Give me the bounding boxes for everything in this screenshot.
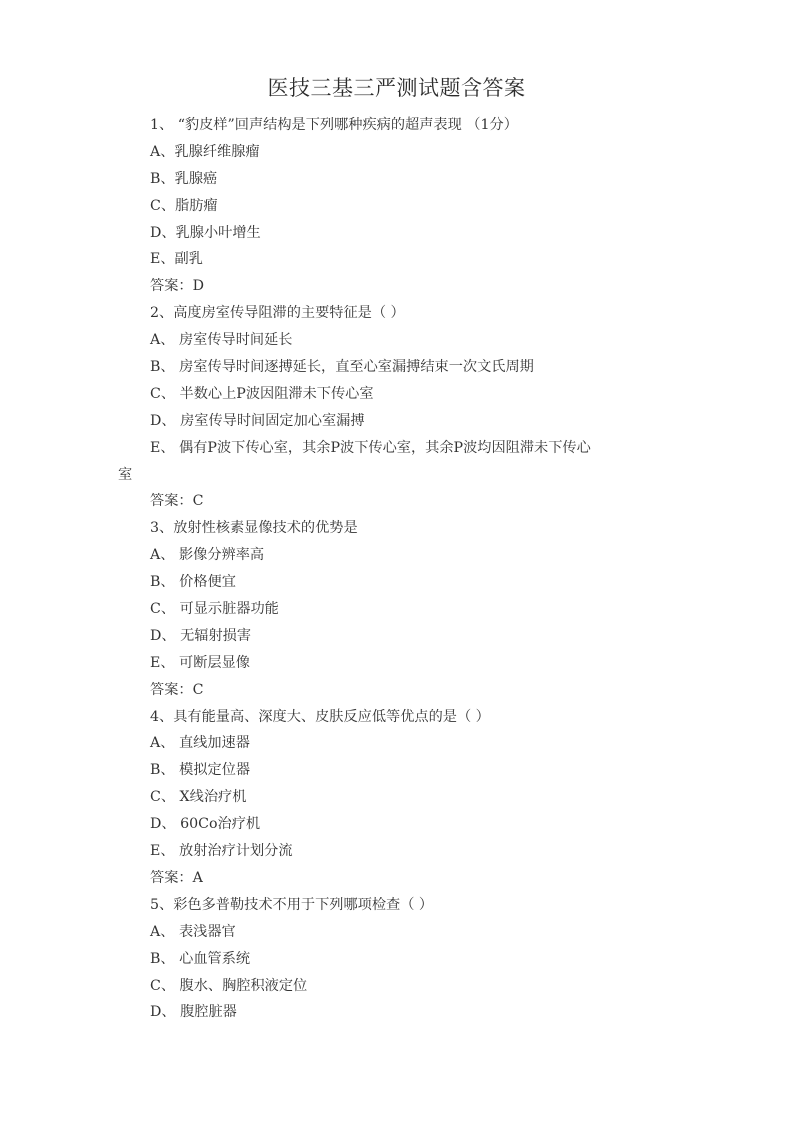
- option-key: C、: [150, 978, 175, 994]
- option-text: 乳腺小叶增生: [176, 225, 261, 241]
- question-stem: 5、彩色多普勒技术不用于下列哪项检查（ ）: [118, 892, 678, 919]
- option-text: 无辐射损害: [176, 628, 251, 644]
- option-key: D、: [150, 1004, 176, 1020]
- option-item: D、 腹腔脏器: [118, 999, 678, 1026]
- option-item: E、 可断层显像: [118, 650, 678, 677]
- option-key: B、: [150, 171, 175, 187]
- answer-line: 答案：C: [118, 677, 678, 704]
- option-item: C、 X线治疗机: [118, 784, 678, 811]
- option-item: C、脂肪瘤: [118, 193, 678, 220]
- option-key: A、: [150, 332, 174, 348]
- option-text: 可断层显像: [175, 655, 250, 671]
- option-key: A、: [150, 547, 174, 563]
- option-item: A、 房室传导时间延长: [118, 327, 678, 354]
- option-text: 房室传导时间延长: [174, 332, 292, 348]
- option-key: D、: [150, 225, 176, 241]
- option-text: 房室传导时间逐搏延长，直至心室漏搏结束一次文氏周期: [175, 359, 534, 375]
- option-item: A、 表浅器官: [118, 919, 678, 946]
- option-text: 影像分辨率高: [174, 547, 264, 563]
- option-item: A、 直线加速器: [118, 730, 678, 757]
- option-key: E、: [150, 251, 175, 267]
- document-page: 医技三基三严测试题含答案 1、 “豹皮样”回声结构是下列哪种疾病的超声表现 （1…: [0, 0, 793, 1122]
- option-text: 可显示脏器功能: [175, 601, 279, 617]
- option-text: 价格便宜: [175, 574, 236, 590]
- option-text: 腹腔脏器: [176, 1004, 237, 1020]
- option-item: C、 腹水、胸腔积液定位: [118, 973, 678, 1000]
- option-item: E、 偶有P波下传心室，其余P波下传心室，其余P波均因阻滞未下传心: [118, 435, 678, 462]
- option-text: 房室传导时间固定加心室漏搏: [176, 413, 365, 429]
- option-key: D、: [150, 413, 176, 429]
- document-title: 医技三基三严测试题含答案: [0, 72, 793, 104]
- option-text: 偶有P波下传心室，其余P波下传心室，其余P波均因阻滞未下传心: [175, 440, 591, 456]
- answer-line: 答案：A: [118, 865, 678, 892]
- option-key: D、: [150, 816, 176, 832]
- option-text: 表浅器官: [174, 924, 235, 940]
- question-stem: 2、高度房室传导阻滞的主要特征是（ ）: [118, 300, 678, 327]
- question-list: 1、 “豹皮样”回声结构是下列哪种疾病的超声表现 （1分） A、乳腺纤维腺瘤 B…: [118, 112, 678, 1026]
- question-stem: 3、放射性核素显像技术的优势是: [118, 515, 678, 542]
- option-text: 模拟定位器: [175, 762, 250, 778]
- option-key: A、: [150, 735, 174, 751]
- option-text: X线治疗机: [175, 789, 246, 805]
- option-text: 直线加速器: [174, 735, 249, 751]
- option-key: C、: [150, 601, 175, 617]
- option-key: B、: [150, 951, 175, 967]
- option-key: B、: [150, 359, 175, 375]
- option-key: E、: [150, 843, 175, 859]
- option-item: C、 可显示脏器功能: [118, 596, 678, 623]
- option-key: B、: [150, 574, 175, 590]
- option-text: 半数心上P波因阻滞未下传心室: [175, 386, 374, 402]
- answer-line: 答案：C: [118, 488, 678, 515]
- option-key: B、: [150, 762, 175, 778]
- option-item: B、乳腺癌: [118, 166, 678, 193]
- option-item: D、乳腺小叶增生: [118, 220, 678, 247]
- option-item: D、 60Co治疗机: [118, 811, 678, 838]
- option-key: E、: [150, 655, 175, 671]
- option-key: C、: [150, 386, 175, 402]
- option-text: 脂肪瘤: [175, 198, 218, 214]
- option-text: 心血管系统: [175, 951, 250, 967]
- option-key: C、: [150, 789, 175, 805]
- option-item: D、 无辐射损害: [118, 623, 678, 650]
- option-key: D、: [150, 628, 176, 644]
- question-stem: 4、具有能量高、深度大、皮肤反应低等优点的是（ ）: [118, 704, 678, 731]
- question-stem: 1、 “豹皮样”回声结构是下列哪种疾病的超声表现 （1分）: [118, 112, 678, 139]
- option-text: 60Co治疗机: [176, 816, 261, 832]
- option-item: A、 影像分辨率高: [118, 542, 678, 569]
- option-key: A、: [150, 924, 174, 940]
- answer-line: 答案：D: [118, 273, 678, 300]
- option-item: B、 房室传导时间逐搏延长，直至心室漏搏结束一次文氏周期: [118, 354, 678, 381]
- option-item: E、 放射治疗计划分流: [118, 838, 678, 865]
- option-item: E、副乳: [118, 246, 678, 273]
- option-key: E、: [150, 440, 175, 456]
- option-item: B、 模拟定位器: [118, 757, 678, 784]
- option-item: C、 半数心上P波因阻滞未下传心室: [118, 381, 678, 408]
- option-key: A、: [150, 144, 174, 160]
- option-text: 放射治疗计划分流: [175, 843, 293, 859]
- option-item: B、 心血管系统: [118, 946, 678, 973]
- option-text-wrap: 室: [118, 462, 678, 489]
- option-text: 腹水、胸腔积液定位: [175, 978, 307, 994]
- option-text: 乳腺癌: [175, 171, 218, 187]
- option-text: 乳腺纤维腺瘤: [174, 144, 259, 160]
- option-text: 副乳: [175, 251, 203, 267]
- option-item: D、 房室传导时间固定加心室漏搏: [118, 408, 678, 435]
- option-item: B、 价格便宜: [118, 569, 678, 596]
- option-item: A、乳腺纤维腺瘤: [118, 139, 678, 166]
- option-key: C、: [150, 198, 175, 214]
